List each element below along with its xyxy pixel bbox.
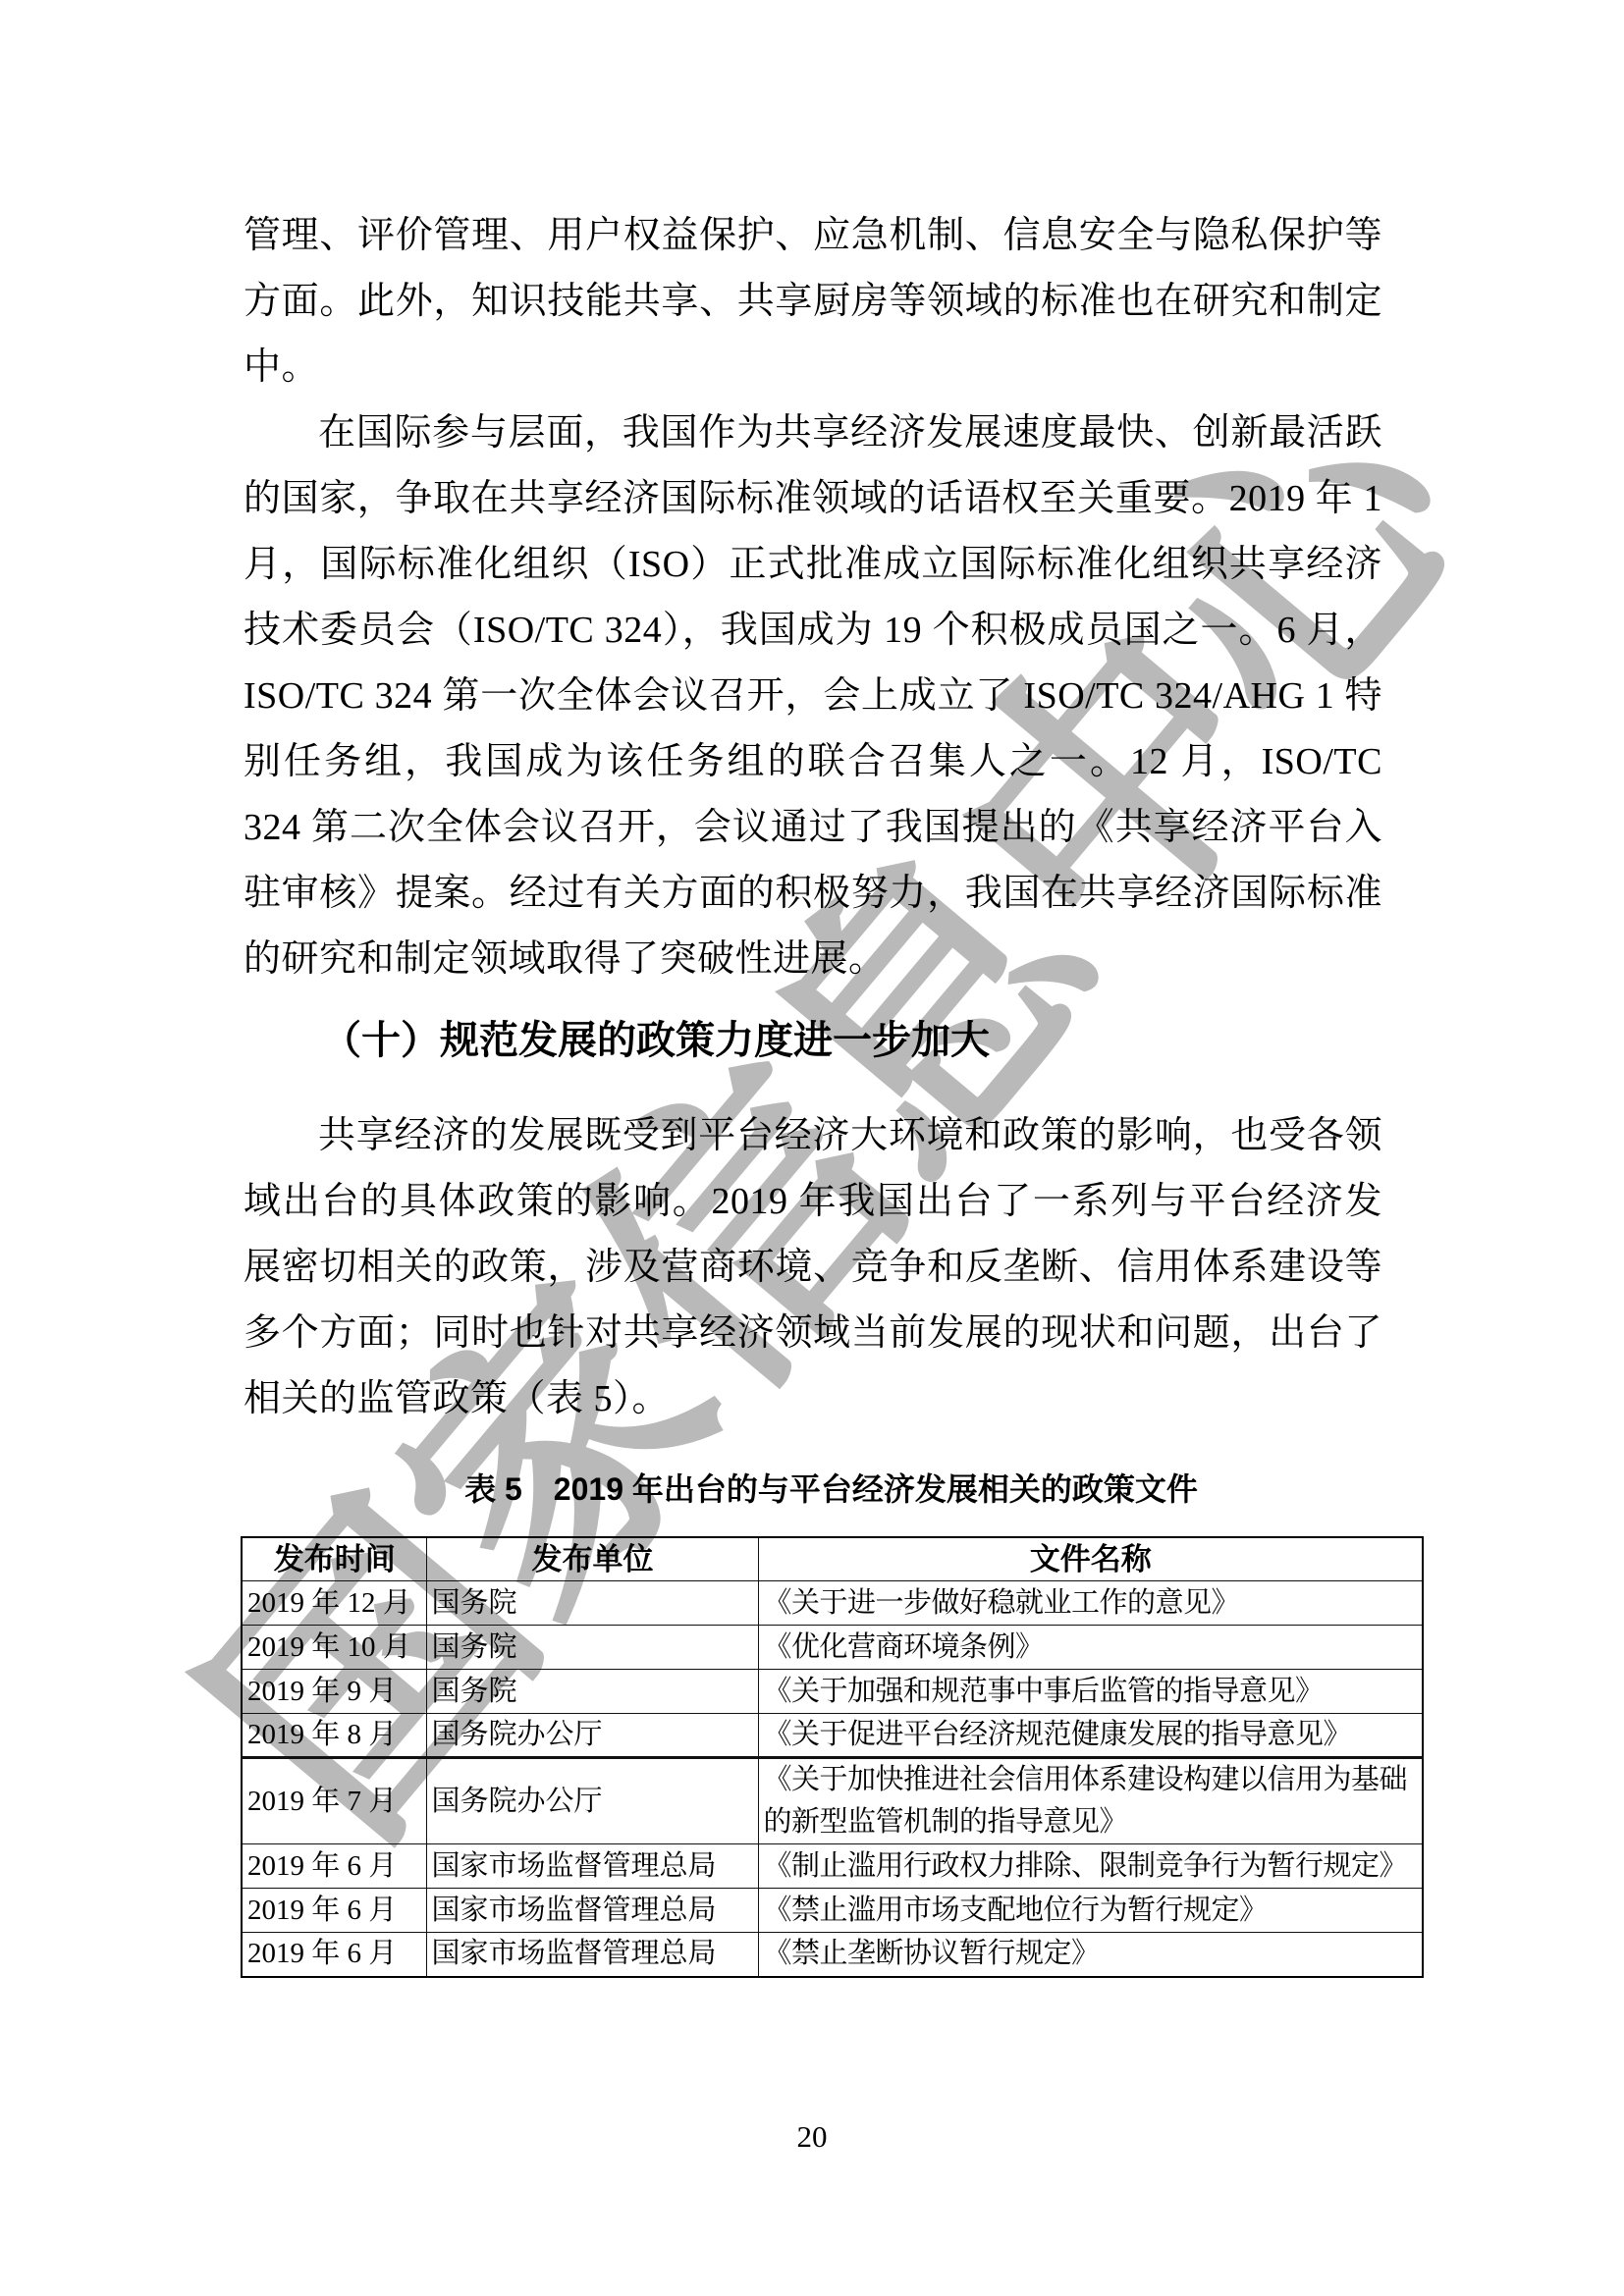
policy-table-header: 发布时间 发布单位 文件名称 [242,1537,1423,1581]
cell-doc: 《关于加强和规范事中事后监管的指导意见》 [758,1670,1423,1714]
paragraph-standards-continued: 管理、评价管理、用户权益保护、应急机制、信息安全与隐私保护等方面。此外，知识技能… [244,203,1382,400]
cell-unit: 国务院 [426,1626,758,1670]
cell-date: 2019 年 7 月 [242,1758,426,1844]
table-row: 2019 年 7 月国务院办公厅《关于加快推进社会信用体系建设构建以信用为基础的… [242,1758,1423,1844]
cell-unit: 国家市场监督管理总局 [426,1889,758,1933]
cell-doc: 《关于进一步做好稳就业工作的意见》 [758,1581,1423,1626]
table-row: 2019 年 6 月国家市场监督管理总局《制止滥用行政权力排除、限制竞争行为暂行… [242,1844,1423,1889]
cell-doc: 《禁止滥用市场支配地位行为暂行规定》 [758,1889,1423,1933]
page-number: 20 [0,2118,1624,2156]
cell-doc: 《优化营商环境条例》 [758,1626,1423,1670]
section-heading: （十）规范发展的政策力度进一步加大 [244,1008,1382,1073]
cell-date: 2019 年 12 月 [242,1581,426,1626]
cell-doc: 《关于促进平台经济规范健康发展的指导意见》 [758,1714,1423,1758]
table-row: 2019 年 10 月国务院《优化营商环境条例》 [242,1626,1423,1670]
table-caption: 表 5 2019 年出台的与平台经济发展相关的政策文件 [241,1462,1422,1517]
cell-date: 2019 年 9 月 [242,1670,426,1714]
cell-unit: 国家市场监督管理总局 [426,1844,758,1889]
paragraph-policy-environment: 共享经济的发展既受到平台经济大环境和政策的影响，也受各领域出台的具体政策的影响。… [244,1103,1382,1432]
cell-unit: 国务院 [426,1581,758,1626]
document-page: { "page": { "number": "20", "watermark":… [0,0,1624,2296]
table-row: 2019 年 8 月国务院办公厅《关于促进平台经济规范健康发展的指导意见》 [242,1714,1423,1758]
header-publish-unit: 发布单位 [426,1537,758,1581]
cell-date: 2019 年 6 月 [242,1844,426,1889]
page-content: 管理、评价管理、用户权益保护、应急机制、信息安全与隐私保护等方面。此外，知识技能… [0,0,1624,2296]
cell-doc: 《制止滥用行政权力排除、限制竞争行为暂行规定》 [758,1844,1423,1889]
cell-date: 2019 年 6 月 [242,1889,426,1933]
table-row: 2019 年 6 月国家市场监督管理总局《禁止垄断协议暂行规定》 [242,1933,1423,1977]
cell-date: 2019 年 10 月 [242,1626,426,1670]
table-row: 2019 年 9 月国务院《关于加强和规范事中事后监管的指导意见》 [242,1670,1423,1714]
header-document-name: 文件名称 [758,1537,1423,1581]
cell-date: 2019 年 6 月 [242,1933,426,1977]
cell-unit: 国家市场监督管理总局 [426,1933,758,1977]
policy-table: 发布时间 发布单位 文件名称 2019 年 12 月国务院《关于进一步做好稳就业… [241,1536,1424,1978]
table-row: 2019 年 12 月国务院《关于进一步做好稳就业工作的意见》 [242,1581,1423,1626]
cell-doc: 《关于加快推进社会信用体系建设构建以信用为基础的新型监管机制的指导意见》 [758,1758,1423,1844]
cell-date: 2019 年 8 月 [242,1714,426,1758]
cell-unit: 国务院办公厅 [426,1714,758,1758]
header-row: 发布时间 发布单位 文件名称 [242,1537,1423,1581]
table-row: 2019 年 6 月国家市场监督管理总局《禁止滥用市场支配地位行为暂行规定》 [242,1889,1423,1933]
paragraph-international-participation: 在国际参与层面，我国作为共享经济发展速度最快、创新最活跃的国家，争取在共享经济国… [244,400,1382,992]
cell-doc: 《禁止垄断协议暂行规定》 [758,1933,1423,1977]
cell-unit: 国务院办公厅 [426,1758,758,1844]
header-publish-date: 发布时间 [242,1537,426,1581]
cell-unit: 国务院 [426,1670,758,1714]
policy-table-body: 2019 年 12 月国务院《关于进一步做好稳就业工作的意见》2019 年 10… [242,1581,1423,1977]
